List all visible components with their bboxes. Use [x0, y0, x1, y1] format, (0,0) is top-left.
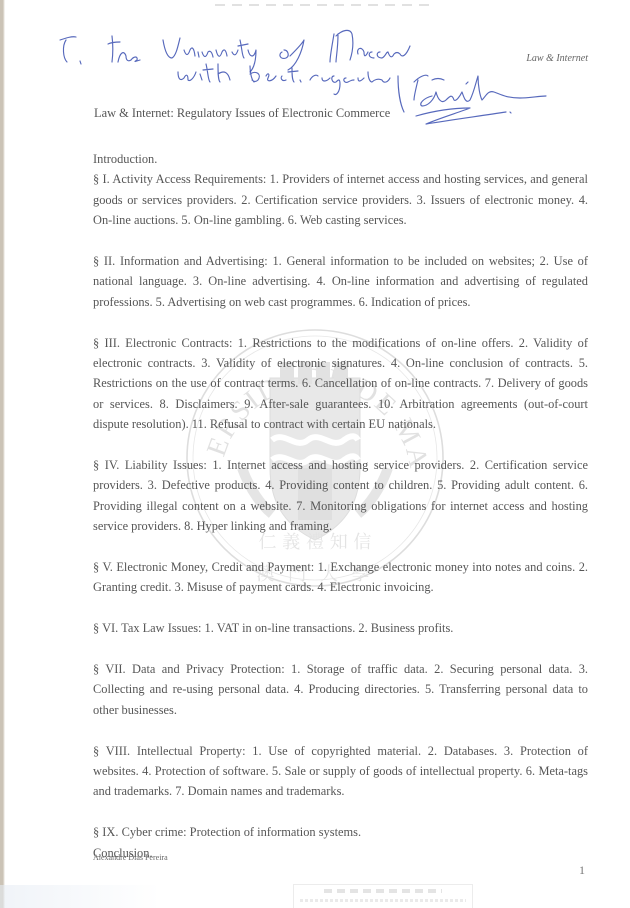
section-ii: § II. Information and Advertising: 1. Ge… [93, 251, 588, 312]
section-vi: § VI. Tax Law Issues: 1. VAT in on-line … [93, 618, 588, 638]
document-body: Introduction. § I. Activity Access Requi… [93, 149, 588, 863]
scanner-edge [0, 0, 5, 908]
introduction-heading: Introduction. [93, 149, 588, 169]
page-number: 1 [579, 863, 585, 878]
section-iv: § IV. Liability Issues: 1. Internet acce… [93, 455, 588, 537]
section-ix: § IX. Cyber crime: Protection of informa… [93, 822, 588, 842]
section-i: § I. Activity Access Requirements: 1. Pr… [93, 169, 588, 230]
section-viii: § VIII. Intellectual Property: 1. Use of… [93, 741, 588, 802]
section-iii: § III. Electronic Contracts: 1. Restrict… [93, 333, 588, 435]
section-vii: § VII. Data and Privacy Protection: 1. S… [93, 659, 588, 720]
running-header: Law & Internet [526, 53, 588, 64]
stamp-barcode-line [300, 899, 466, 902]
stamp-text-line [324, 889, 442, 893]
footer-author: Alexandre Dias Pereira [93, 853, 168, 862]
top-scan-artifact [215, 4, 435, 6]
scan-shadow [0, 885, 160, 908]
section-v: § V. Electronic Money, Credit and Paymen… [93, 557, 588, 598]
document-title: Law & Internet: Regulatory Issues of Ele… [94, 106, 390, 121]
library-stamp [293, 884, 473, 908]
